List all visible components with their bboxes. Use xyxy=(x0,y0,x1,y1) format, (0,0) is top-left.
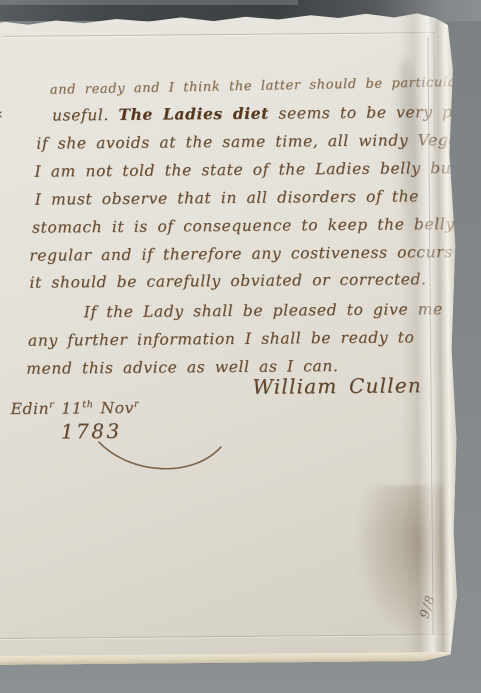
manuscript-line-9: If the Lady shall be pleased to give me xyxy=(84,300,443,321)
manuscript-line-6: stomach it is of consequence to keep the… xyxy=(32,215,455,237)
ink-blot-mark: × xyxy=(0,108,3,121)
manuscript-line-8: it should be carefully obviated or corre… xyxy=(29,270,426,291)
manuscript-line-7: regular and if therefore any costiveness… xyxy=(29,243,453,265)
fold-impression-line-top xyxy=(3,32,435,37)
manuscript-line-10: any further information I shall be ready… xyxy=(28,328,415,349)
dateline-day-superscript: th xyxy=(82,399,93,410)
line2-emphasis: The Ladies diet xyxy=(118,104,269,124)
dateline-month-superscript: r xyxy=(134,399,139,410)
dateline: Edinr11thNovr xyxy=(11,399,140,418)
page-stack-edge xyxy=(0,652,460,665)
pen-flourish xyxy=(95,437,235,482)
letter-page: × and ready and I think the latter shoul… xyxy=(0,11,460,665)
dateline-month: Nov xyxy=(100,399,134,417)
dateline-place: Edin xyxy=(11,400,50,418)
manuscript-line-4: I am not told the state of the Ladies be… xyxy=(34,159,458,181)
manuscript-photo: × and ready and I think the latter shoul… xyxy=(0,0,481,693)
fold-impression-line-bottom xyxy=(0,634,455,639)
manuscript-line-5: I must observe that in all disorders of … xyxy=(35,187,419,208)
signature: William Cullen xyxy=(252,373,422,398)
dateline-day: 11 xyxy=(61,399,82,417)
dateline-place-superscript: r xyxy=(49,399,54,410)
line2-start: useful. xyxy=(52,106,109,124)
